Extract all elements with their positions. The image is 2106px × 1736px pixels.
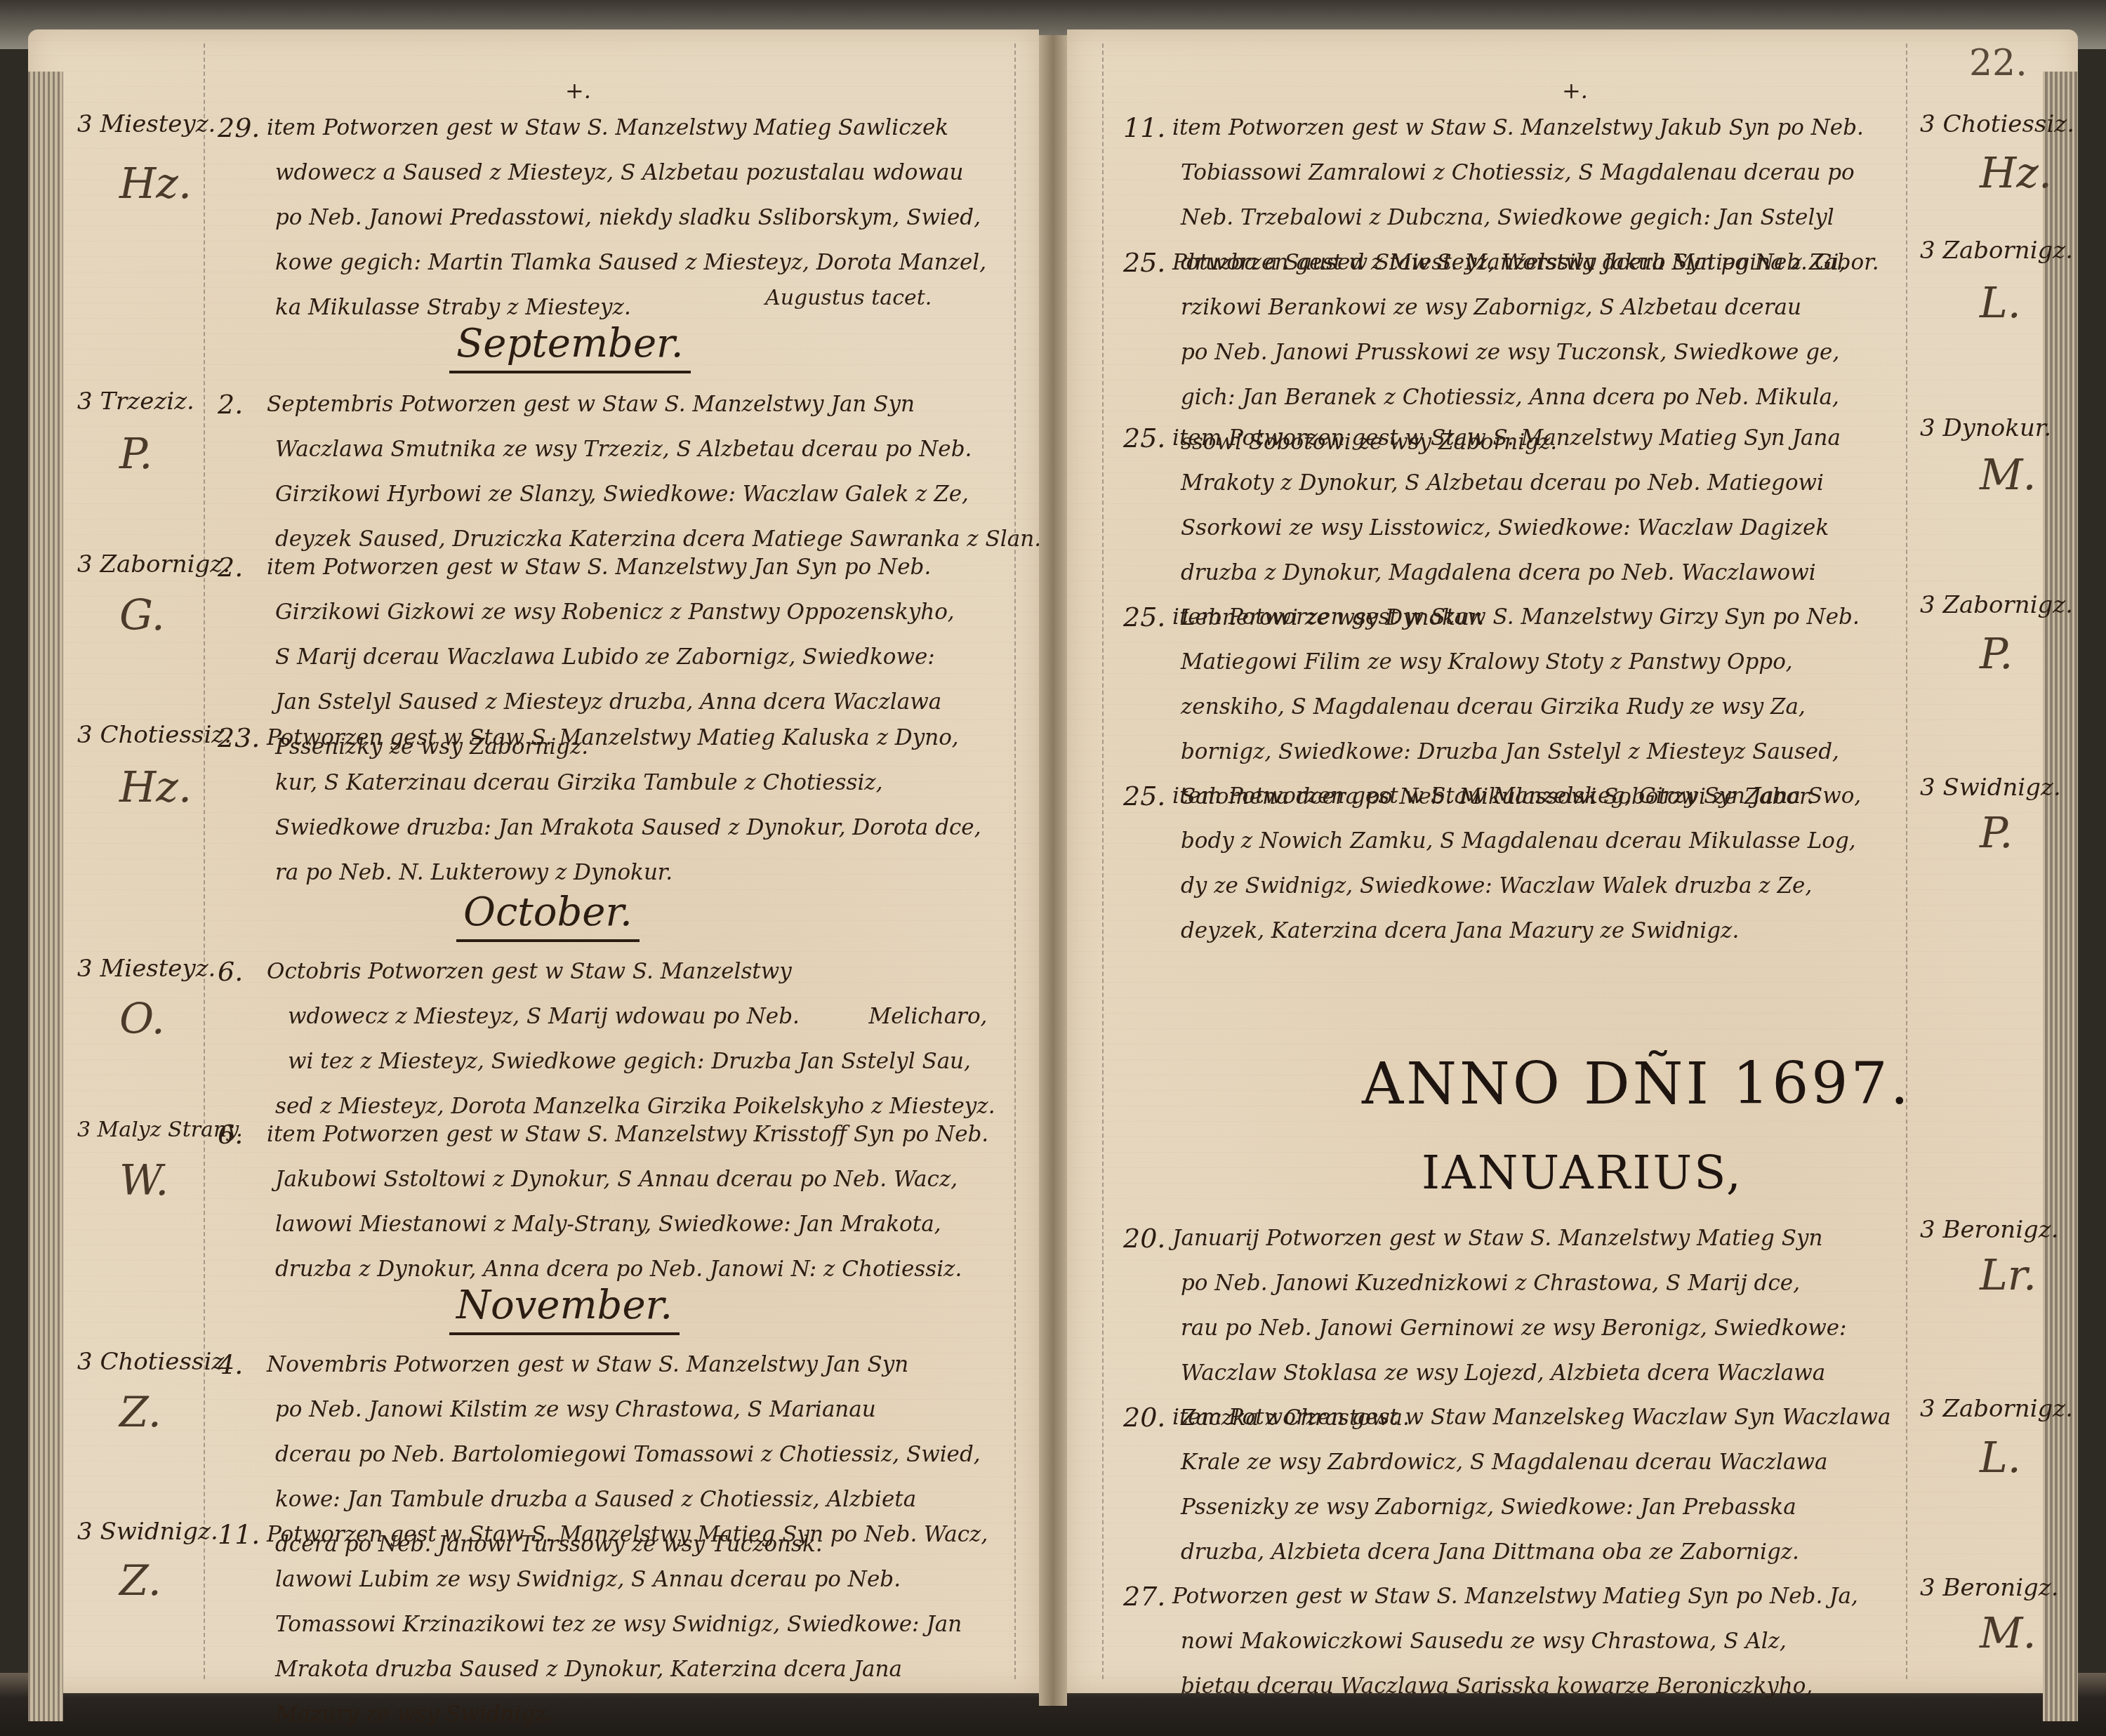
priest-initial: Hz.	[119, 763, 192, 812]
entry-line: Potworzen gest w Staw S. Manzelstwy Mati…	[267, 715, 981, 760]
margin-place: 3 Zabornigz.	[1920, 237, 2073, 265]
entry-line: bornigz, Swiedkowe: Druzba Jan Sstelyl z…	[1172, 729, 1860, 774]
entry-day: 6.	[218, 949, 243, 994]
margin-place: 3 Chotiessiz.	[1920, 110, 2074, 138]
entry-line: Pssenizky ze wsy Zabornigz, Swiedkowe: J…	[1172, 1485, 1891, 1530]
entry-line: Girzikowi Gizkowi ze wsy Robenicz z Pans…	[267, 590, 955, 635]
month-heading-october: October.	[456, 889, 640, 942]
entry-line: bietau dcerau Waczlawa Sarisska kowarze …	[1172, 1664, 1858, 1709]
month-heading-ianuarius: IANUARIUS,	[1422, 1146, 1743, 1200]
margin-rule-right	[1906, 44, 1907, 1679]
left-page: +. 3 Miesteyz. Hz. 29. item Potworzen ge…	[28, 29, 1039, 1693]
entry-line: po Neb. Janowi Prusskowi ze wsy Tuczonsk…	[1172, 330, 1846, 375]
priest-initial: L.	[1980, 279, 2021, 328]
register-entry: 2. Septembris Potworzen gest w Staw S. M…	[267, 382, 1041, 562]
margin-place: 3 Miesteyz.	[77, 110, 216, 138]
entry-line: po Neb. Janowi Kuzednizkowi z Chrastowa,…	[1172, 1261, 1846, 1306]
entry-line: Mrakota druzba Saused z Dynokur, Katerzi…	[267, 1647, 988, 1692]
entry-line: body z Nowich Zamku, S Magdalenau dcerau…	[1172, 819, 1861, 863]
margin-rule	[204, 44, 205, 1679]
page-edges-left	[28, 72, 63, 1721]
priest-initial: P.	[1980, 630, 2013, 679]
priest-initial: L.	[1980, 1433, 2021, 1483]
entry-line: wdowecz z Miesteyz, S Marij wdowau po Ne…	[267, 994, 995, 1039]
register-entry: 27. Potworzen gest w Staw S. Manzelstwy …	[1172, 1574, 1858, 1709]
priest-initial: P.	[1980, 809, 2013, 858]
margin-place: 3 Miesteyz.	[77, 955, 216, 983]
entry-line: item Potworzen gest w Staw S. Manzelstwy…	[267, 1112, 988, 1157]
entry-line: Potworzen gest w Staw S. Manzelstwy Jaku…	[1172, 240, 1846, 285]
entry-line: item Potworzen gest w Staw Manzelskeg, G…	[1172, 774, 1861, 819]
margin-place: 3 Swidnigz.	[77, 1518, 218, 1546]
month-heading-september: September.	[449, 321, 691, 373]
priest-initial: Hz.	[1980, 149, 2052, 198]
margin-rule	[1102, 44, 1104, 1679]
entry-line: Waczlaw Stoklasa ze wsy Lojezd, Alzbieta…	[1172, 1351, 1846, 1396]
entry-line: dy ze Swidnigz, Swiedkowe: Waczlaw Walek…	[1172, 863, 1861, 908]
annotation-note: Augustus tacet.	[765, 286, 932, 310]
margin-place: 3 Beronigz.	[1920, 1574, 2059, 1602]
entry-line: dcerau po Neb. Bartolomiegowi Tomassowi …	[267, 1432, 981, 1477]
entry-line: Swiedkowe druzba: Jan Mrakota Saused z D…	[267, 805, 981, 850]
entry-line: deyzek, Katerzina dcera Jana Mazury ze S…	[1172, 908, 1861, 953]
margin-place: 3 Trzeziz.	[77, 387, 194, 416]
month-heading-november: November.	[449, 1283, 680, 1335]
entry-line: ra po Neb. N. Lukterowy z Dynokur.	[267, 850, 981, 895]
entry-day: 25.	[1123, 416, 1165, 460]
margin-place: 3 Chotiessiz.	[77, 1348, 232, 1376]
priest-initial: M.	[1980, 451, 2037, 500]
folio-mark: +.	[565, 77, 591, 104]
entry-day: 2.	[218, 382, 243, 427]
page-edges-right	[2043, 72, 2078, 1721]
margin-place: 3 Zabornigz.	[1920, 1395, 2073, 1423]
entry-line: lawowi Lubim ze wsy Swidnigz, S Annau dc…	[267, 1557, 988, 1602]
entry-day: 25.	[1123, 774, 1165, 819]
margin-place: 3 Zabornigz.	[77, 550, 230, 578]
entry-line: Januarij Potworzen gest w Staw S. Manzel…	[1172, 1216, 1846, 1261]
year-heading: ANNO DÑI 1697.	[1362, 1051, 1912, 1118]
entry-day: 6.	[218, 1112, 243, 1157]
entry-line: zenskiho, S Magdalenau dcerau Girzika Ru…	[1172, 684, 1860, 729]
entry-line: wi tez z Miesteyz, Swiedkowe gegich: Dru…	[267, 1039, 995, 1084]
entry-line: Potworzen gest w Staw S. Manzelstwy Mati…	[267, 1512, 988, 1557]
register-entry: 11. Potworzen gest w Staw S. Manzelstwy …	[267, 1512, 988, 1736]
register-entry: 23. Potworzen gest w Staw S. Manzelstwy …	[267, 715, 981, 895]
entry-line: wdowecz a Saused z Miesteyz, S Alzbetau …	[267, 150, 986, 195]
entry-line: Krale ze wsy Zabrdowicz, S Magdalenau dc…	[1172, 1440, 1891, 1485]
entry-line: Jakubowi Sstoltowi z Dynokur, S Annau dc…	[267, 1157, 988, 1202]
entry-line: Neb. Trzebalowi z Dubczna, Swiedkowe geg…	[1172, 195, 1879, 240]
priest-initial: P.	[119, 430, 152, 479]
margin-place: 3 Beronigz.	[1920, 1216, 2059, 1244]
margin-place: 3 Dynokur.	[1920, 414, 2051, 442]
register-entry: 25. item Potworzen gest w Staw Manzelske…	[1172, 774, 1861, 953]
entry-day: 2.	[218, 545, 243, 590]
entry-line: Mazury ze wsy Swidnigz.	[267, 1692, 988, 1736]
entry-line: druzba z Dynokur, Magdalena dcera po Neb…	[1172, 550, 1841, 595]
priest-initial: O.	[119, 995, 165, 1044]
book-gutter	[1039, 35, 1067, 1706]
entry-line: Girzikowi Hyrbowi ze Slanzy, Swiedkowe: …	[267, 472, 1041, 517]
entry-day: 11.	[1123, 105, 1165, 150]
entry-line: item Potworzen gest w Staw S. Manzelstwy…	[267, 105, 986, 150]
margin-place: 3 Swidnigz.	[1920, 774, 2061, 802]
right-page: 22. +. 11. item Potworzen gest w Staw S.…	[1067, 29, 2078, 1693]
entry-line: Tomassowi Krzinazikowi tez ze wsy Swidni…	[267, 1602, 988, 1647]
margin-rule-right	[1014, 44, 1016, 1679]
priest-initial: Lr.	[1980, 1251, 2037, 1300]
entry-day: 23.	[218, 715, 260, 760]
margin-place: 3 Chotiessiz.	[77, 721, 232, 749]
folio-mark: +.	[1562, 77, 1588, 104]
entry-line: item Potworzen gest w Staw S. Manzelstwy…	[1172, 416, 1841, 460]
entry-day: 4.	[218, 1342, 243, 1387]
entry-line: Septembris Potworzen gest w Staw S. Manz…	[267, 382, 1041, 427]
entry-day: 20.	[1123, 1216, 1165, 1261]
entry-line: nowi Makowiczkowi Sausedu ze wsy Chrasto…	[1172, 1619, 1858, 1664]
entry-day: 20.	[1123, 1395, 1165, 1440]
entry-line: lawowi Miestanowi z Maly-Strany, Swiedko…	[267, 1202, 988, 1247]
entry-line: kowe gegich: Martin Tlamka Saused z Mies…	[267, 240, 986, 285]
entry-line: po Neb. Janowi Predasstowi, niekdy sladk…	[267, 195, 986, 240]
entry-line: item Potworzen gest w Staw Manzelskeg Wa…	[1172, 1395, 1891, 1440]
priest-initial: W.	[119, 1156, 168, 1205]
entry-day: 11.	[218, 1512, 260, 1557]
entry-line: item Potworzen gest w Staw S. Manzelstwy…	[1172, 105, 1879, 150]
entry-line: Matiegowi Filim ze wsy Kralowy Stoty z P…	[1172, 640, 1860, 684]
entry-line: po Neb. Janowi Kilstim ze wsy Chrastowa,…	[267, 1387, 981, 1432]
margin-place: 3 Zabornigz.	[1920, 591, 2073, 619]
entry-line: druzba, Alzbieta dcera Jana Dittmana oba…	[1172, 1530, 1891, 1575]
priest-initial: M.	[1980, 1609, 2037, 1658]
entry-line: Octobris Potworzen gest w Staw S. Manzel…	[267, 949, 995, 994]
priest-initial: Hz.	[119, 159, 192, 208]
entry-day: 25.	[1123, 595, 1165, 640]
entry-line: item Potworzen gest w Staw S. Manzelstwy…	[1172, 595, 1860, 640]
register-entry: 6. Octobris Potworzen gest w Staw S. Man…	[267, 949, 995, 1129]
register-entry: 20. item Potworzen gest w Staw Manzelske…	[1172, 1395, 1891, 1575]
entry-line: Mrakoty z Dynokur, S Alzbetau dcerau po …	[1172, 460, 1841, 505]
page-number: 22.	[1969, 42, 2027, 84]
entry-line: Potworzen gest w Staw S. Manzelstwy Mati…	[1172, 1574, 1858, 1619]
register-entry: 6. item Potworzen gest w Staw S. Manzels…	[267, 1112, 988, 1292]
entry-line: Tobiassowi Zamralowi z Chotiessiz, S Mag…	[1172, 150, 1879, 195]
entry-line: item Potworzen gest w Staw S. Manzelstwy…	[267, 545, 955, 590]
entry-line: Ssorkowi ze wsy Lisstowicz, Swiedkowe: W…	[1172, 505, 1841, 550]
entry-line: S Marij dcerau Waczlawa Lubido ze Zaborn…	[267, 635, 955, 680]
entry-line: gich: Jan Beranek z Chotiessiz, Anna dce…	[1172, 375, 1846, 420]
entry-day: 27.	[1123, 1574, 1165, 1619]
entry-day: 25.	[1123, 240, 1165, 285]
entry-line: Novembris Potworzen gest w Staw S. Manze…	[267, 1342, 981, 1387]
entry-day: 29.	[218, 105, 260, 150]
entry-line: rau po Neb. Janowi Gerninowi ze wsy Bero…	[1172, 1306, 1846, 1351]
priest-initial: G.	[119, 591, 165, 640]
entry-line: kur, S Katerzinau dcerau Girzika Tambule…	[267, 760, 981, 805]
priest-initial: Z.	[119, 1388, 161, 1437]
entry-line: rzikowi Berankowi ze wsy Zabornigz, S Al…	[1172, 285, 1846, 330]
priest-initial: Z.	[119, 1556, 161, 1605]
entry-line: Waczlawa Smutnika ze wsy Trzeziz, S Alzb…	[267, 427, 1041, 472]
